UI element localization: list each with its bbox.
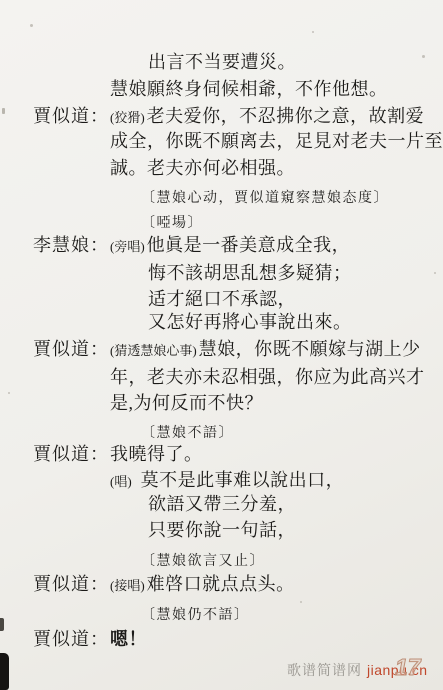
line-text: 出言不当要遭災。 bbox=[148, 52, 296, 72]
line-text: 欲語又帶三分羞， bbox=[148, 494, 296, 514]
line-text: 慧娘，你既不願嫁与湖上少 bbox=[199, 339, 421, 359]
scanned-script-page: 出言不当要遭災。 慧娘願終身伺候相爺，不作他想。 賈似道：(狡猾)老夫爱你，不忍… bbox=[0, 0, 443, 690]
script-line: 欲語又帶三分羞， bbox=[148, 493, 296, 515]
line-text: 是,为何反而不快？ bbox=[110, 393, 263, 413]
script-line: 是,为何反而不快？ bbox=[110, 392, 263, 414]
speaker-name: 賈似道： bbox=[33, 628, 110, 650]
line-text: 适才絕口不承認， bbox=[148, 289, 296, 309]
stage-direction: 〔慧娘心动，賈似道窺察慧娘态度〕 bbox=[141, 191, 389, 206]
watermark-page-number: 17 bbox=[395, 654, 421, 681]
stage-annotation: (狡猾) bbox=[110, 110, 145, 125]
speaker-name: 李慧娘： bbox=[33, 234, 110, 256]
script-line: 〔慧娘不語〕 bbox=[141, 423, 234, 445]
line-text: 年，老夫亦未忍相强，你应为此高兴才 bbox=[110, 367, 425, 387]
script-line: 誠。老夫亦何必相强。 bbox=[110, 157, 295, 179]
watermark: 歌谱简谱网jianpu.cn 17 bbox=[287, 660, 428, 680]
line-text: 又怎好再將心事說出來。 bbox=[148, 312, 352, 332]
script-line: 〔慧娘心动，賈似道窺察慧娘态度〕 bbox=[141, 188, 389, 210]
stage-direction: 〔慧娘不語〕 bbox=[141, 426, 234, 441]
watermark-site-name: 歌谱简谱网 bbox=[287, 662, 362, 678]
line-text: 老夫爱你，不忍拂你之意，故割爱 bbox=[147, 106, 425, 126]
speaker-name: 賈似道： bbox=[33, 573, 110, 595]
script-line: 〔慧娘仍不語〕 bbox=[141, 605, 250, 627]
line-text: 成全，你既不願离去，足見对老夫一片至 bbox=[110, 131, 443, 151]
speaker-name: 賈似道： bbox=[33, 105, 110, 127]
line-text: 只要你說一句話， bbox=[148, 520, 296, 540]
script-line: 〔啞場〕 bbox=[141, 213, 203, 235]
line-text: 难啓口就点点头。 bbox=[147, 574, 295, 594]
paper-speck bbox=[8, 392, 10, 394]
stage-annotation: (唱) bbox=[110, 474, 132, 489]
script-line: 賈似道：(猜透慧娘心事)慧娘，你既不願嫁与湖上少 bbox=[33, 338, 421, 362]
speaker-name: 賈似道： bbox=[33, 443, 110, 465]
script-line: 出言不当要遭災。 bbox=[148, 51, 296, 73]
paper-speck bbox=[2, 108, 5, 114]
script-line: 李慧娘：(旁唱)他眞是一番美意成全我， bbox=[33, 234, 350, 258]
stage-direction: 〔慧娘仍不語〕 bbox=[141, 608, 250, 623]
script-line: 〔慧娘欲言又止〕 bbox=[141, 551, 265, 573]
script-line: 賈似道：(狡猾)老夫爱你，不忍拂你之意，故割爱 bbox=[33, 105, 424, 129]
script-line: 慧娘願終身伺候相爺，不作他想。 bbox=[110, 78, 388, 100]
script-line: 賈似道：我曉得了。 bbox=[33, 443, 203, 465]
script-line: 悔不該胡思乱想多疑猜； bbox=[148, 262, 352, 284]
stage-annotation: (旁唱) bbox=[110, 239, 145, 254]
ink-blob-artifact bbox=[0, 618, 4, 631]
line-text: 嗯！ bbox=[110, 629, 147, 649]
script-line: 只要你說一句話， bbox=[148, 519, 296, 541]
script-line: 賈似道：嗯！ bbox=[33, 628, 147, 650]
script-line: 年，老夫亦未忍相强，你应为此高兴才 bbox=[110, 366, 425, 388]
ink-blob-artifact bbox=[0, 653, 9, 690]
script-line: (唱)莫不是此事难以說出口， bbox=[110, 469, 344, 493]
script-line: 又怎好再將心事說出來。 bbox=[148, 311, 352, 333]
stage-direction: 〔慧娘欲言又止〕 bbox=[141, 554, 265, 569]
paper-speck bbox=[312, 31, 314, 33]
line-text: 慧娘願終身伺候相爺，不作他想。 bbox=[110, 79, 388, 99]
paper-speck bbox=[300, 601, 302, 603]
line-text: 我曉得了。 bbox=[110, 444, 203, 464]
paper-speck bbox=[422, 55, 425, 58]
line-text: 莫不是此事难以說出口， bbox=[141, 470, 345, 490]
paper-speck bbox=[434, 272, 436, 274]
paper-speck bbox=[30, 24, 33, 27]
script-line: 賈似道：(接唱)难啓口就点点头。 bbox=[33, 573, 295, 597]
line-text: 悔不該胡思乱想多疑猜； bbox=[148, 263, 352, 283]
script-line: 适才絕口不承認， bbox=[148, 288, 296, 310]
stage-annotation: (猜透慧娘心事) bbox=[110, 343, 197, 358]
speaker-name: 賈似道： bbox=[33, 338, 110, 360]
line-text: 誠。老夫亦何必相强。 bbox=[110, 158, 295, 178]
script-line: 成全，你既不願离去，足見对老夫一片至 bbox=[110, 130, 443, 152]
stage-annotation: (接唱) bbox=[110, 578, 145, 593]
stage-direction: 〔啞場〕 bbox=[141, 216, 203, 231]
line-text: 他眞是一番美意成全我， bbox=[147, 235, 351, 255]
